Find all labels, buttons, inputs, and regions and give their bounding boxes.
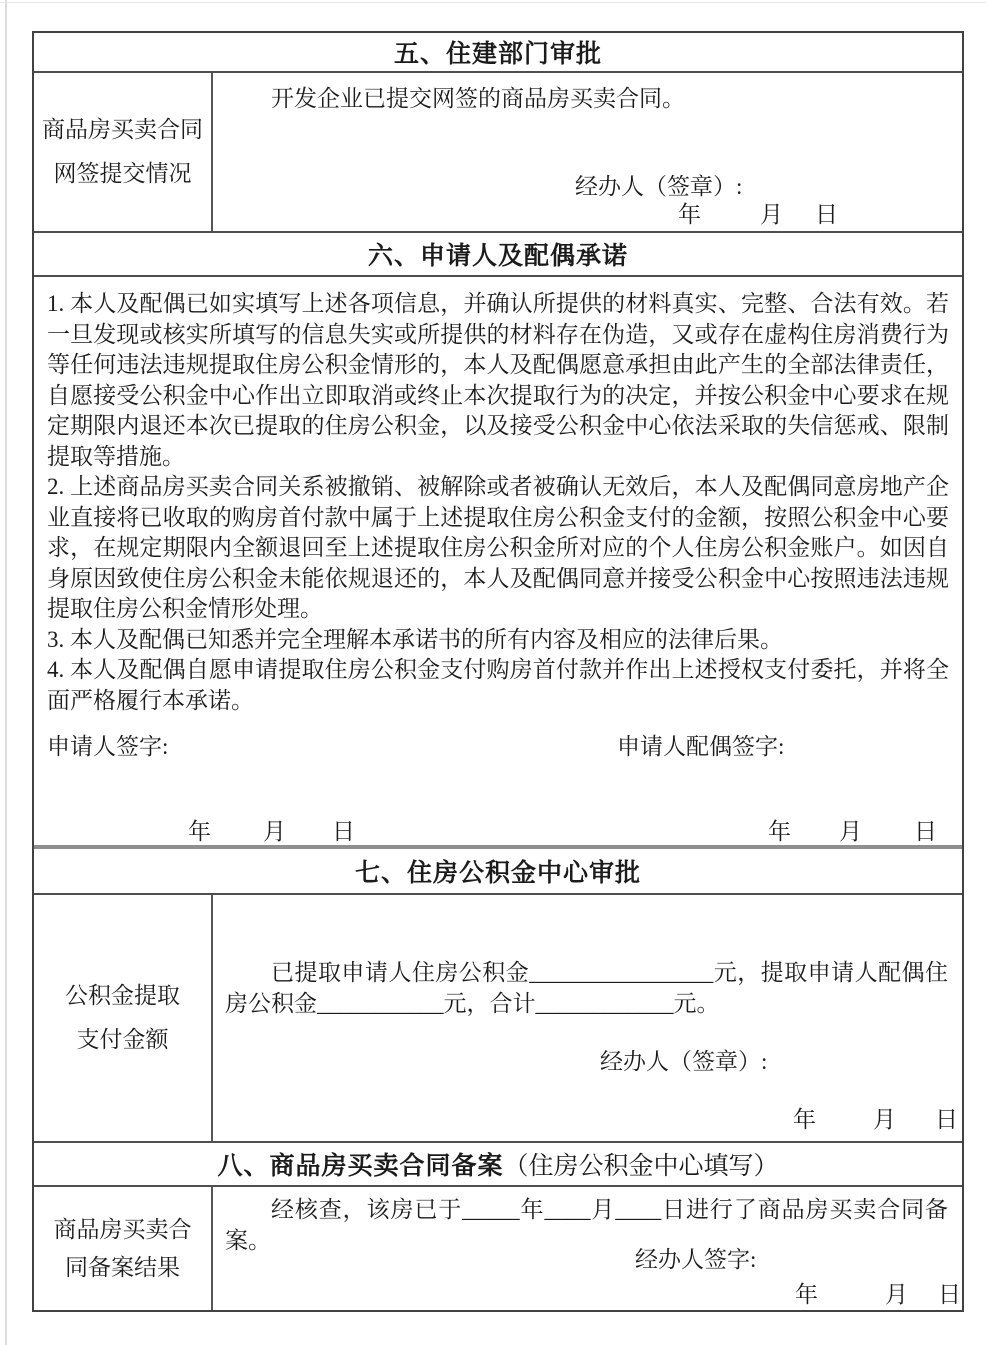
websign-statement: 开发企业已提交网签的商品房买卖合同。 (225, 83, 948, 114)
clause-3: 3. 本人及配偶已知悉并完全理解本承诺书的所有内容及相应的法律后果。 (47, 625, 949, 656)
handler-signature-label: 经办人（签章）: (600, 1046, 767, 1077)
label-line: 同备案结果 (65, 1249, 180, 1287)
day-label: 日 (815, 199, 838, 230)
section8-header: 八、商品房买卖合同备案（住房公积金中心填写） (34, 1141, 962, 1185)
section5-body-row: 商品房买卖合同 网签提交情况 开发企业已提交网签的商品房买卖合同。 经办人（签章… (34, 71, 962, 231)
clause-4: 4. 本人及配偶自愿申请提取住房公积金支付购房首付款并作出上述授权支付委托，并将… (47, 655, 949, 716)
scan-edge (0, 2, 986, 3)
withdraw-amount-content-cell: 已提取申请人住房公积金________________元，提取申请人配偶住房公积… (213, 895, 962, 1141)
contract-websign-label-cell: 商品房买卖合同 网签提交情况 (34, 73, 213, 231)
section7-title: 七、住房公积金中心审批 (355, 853, 641, 889)
month-label: 月 (885, 1279, 908, 1310)
label-line: 商品房买卖合 (54, 1211, 192, 1249)
contract-record-result-label-cell: 商品房买卖合 同备案结果 (34, 1187, 213, 1310)
label-line: 公积金提取 (65, 974, 180, 1018)
commitment-clauses: 1. 本人及配偶已如实填写上述各项信息，并确认所提供的材料真实、完整、合法有效。… (47, 289, 949, 716)
year-label: 年 (678, 199, 701, 230)
day-label: 日 (935, 1104, 958, 1135)
day-label: 日 (938, 1279, 961, 1310)
handler-signature-label: 经办人签字: (635, 1244, 756, 1275)
section8-title: 八、商品房买卖合同备案 (217, 1146, 503, 1182)
month-label: 月 (839, 816, 862, 847)
scan-edge (5, 0, 7, 1345)
clause-1: 1. 本人及配偶已如实填写上述各项信息，并确认所提供的材料真实、完整、合法有效。… (47, 289, 949, 472)
contract-websign-content-cell: 开发企业已提交网签的商品房买卖合同。 经办人（签章）: 年 月 日 (213, 73, 962, 231)
section6-body-row: 1. 本人及配偶已如实填写上述各项信息，并确认所提供的材料真实、完整、合法有效。… (34, 275, 962, 845)
label-line: 网签提交情况 (54, 152, 192, 196)
handler-signature-label: 经办人（签章）: (575, 171, 742, 202)
applicant-signature-label: 申请人签字: (47, 731, 168, 762)
record-verification-statement: 经核查，该房已于_____年____月____日进行了商品房买卖合同备案。 (225, 1194, 948, 1256)
section6-header: 六、申请人及配偶承诺 (34, 231, 962, 275)
year-label: 年 (768, 816, 791, 847)
year-label: 年 (793, 1104, 816, 1135)
month-label: 月 (873, 1104, 896, 1135)
year-label: 年 (188, 816, 211, 847)
spouse-signature-label: 申请人配偶签字: (617, 731, 784, 762)
section7-header: 七、住房公积金中心审批 (34, 845, 962, 893)
day-label: 日 (914, 816, 937, 847)
approval-form-table: 五、住建部门审批 商品房买卖合同 网签提交情况 开发企业已提交网签的商品房买卖合… (32, 31, 964, 1312)
year-label: 年 (795, 1279, 818, 1310)
section8-body-row: 商品房买卖合 同备案结果 经核查，该房已于_____年____月____日进行了… (34, 1185, 962, 1310)
contract-record-content-cell: 经核查，该房已于_____年____月____日进行了商品房买卖合同备案。 经办… (213, 1187, 962, 1310)
section5-title: 五、住建部门审批 (394, 34, 602, 70)
label-line: 商品房买卖合同 (42, 108, 203, 152)
section7-body-row: 公积金提取 支付金额 已提取申请人住房公积金________________元，… (34, 893, 962, 1141)
section6-title: 六、申请人及配偶承诺 (368, 236, 628, 272)
form-page: 五、住建部门审批 商品房买卖合同 网签提交情况 开发企业已提交网签的商品房买卖合… (0, 0, 986, 1345)
withdraw-amount-label-cell: 公积金提取 支付金额 (34, 895, 213, 1141)
label-line: 支付金额 (77, 1018, 169, 1062)
month-label: 月 (760, 199, 783, 230)
section8-title-note: （住房公积金中心填写） (504, 1146, 779, 1182)
clause-2: 2. 上述商品房买卖合同关系被撤销、被解除或者被确认无效后，本人及配偶同意房地产… (47, 472, 949, 625)
day-label: 日 (332, 816, 355, 847)
month-label: 月 (263, 816, 286, 847)
section5-header: 五、住建部门审批 (34, 33, 962, 71)
withdraw-amount-statement: 已提取申请人住房公积金________________元，提取申请人配偶住房公积… (225, 957, 948, 1019)
